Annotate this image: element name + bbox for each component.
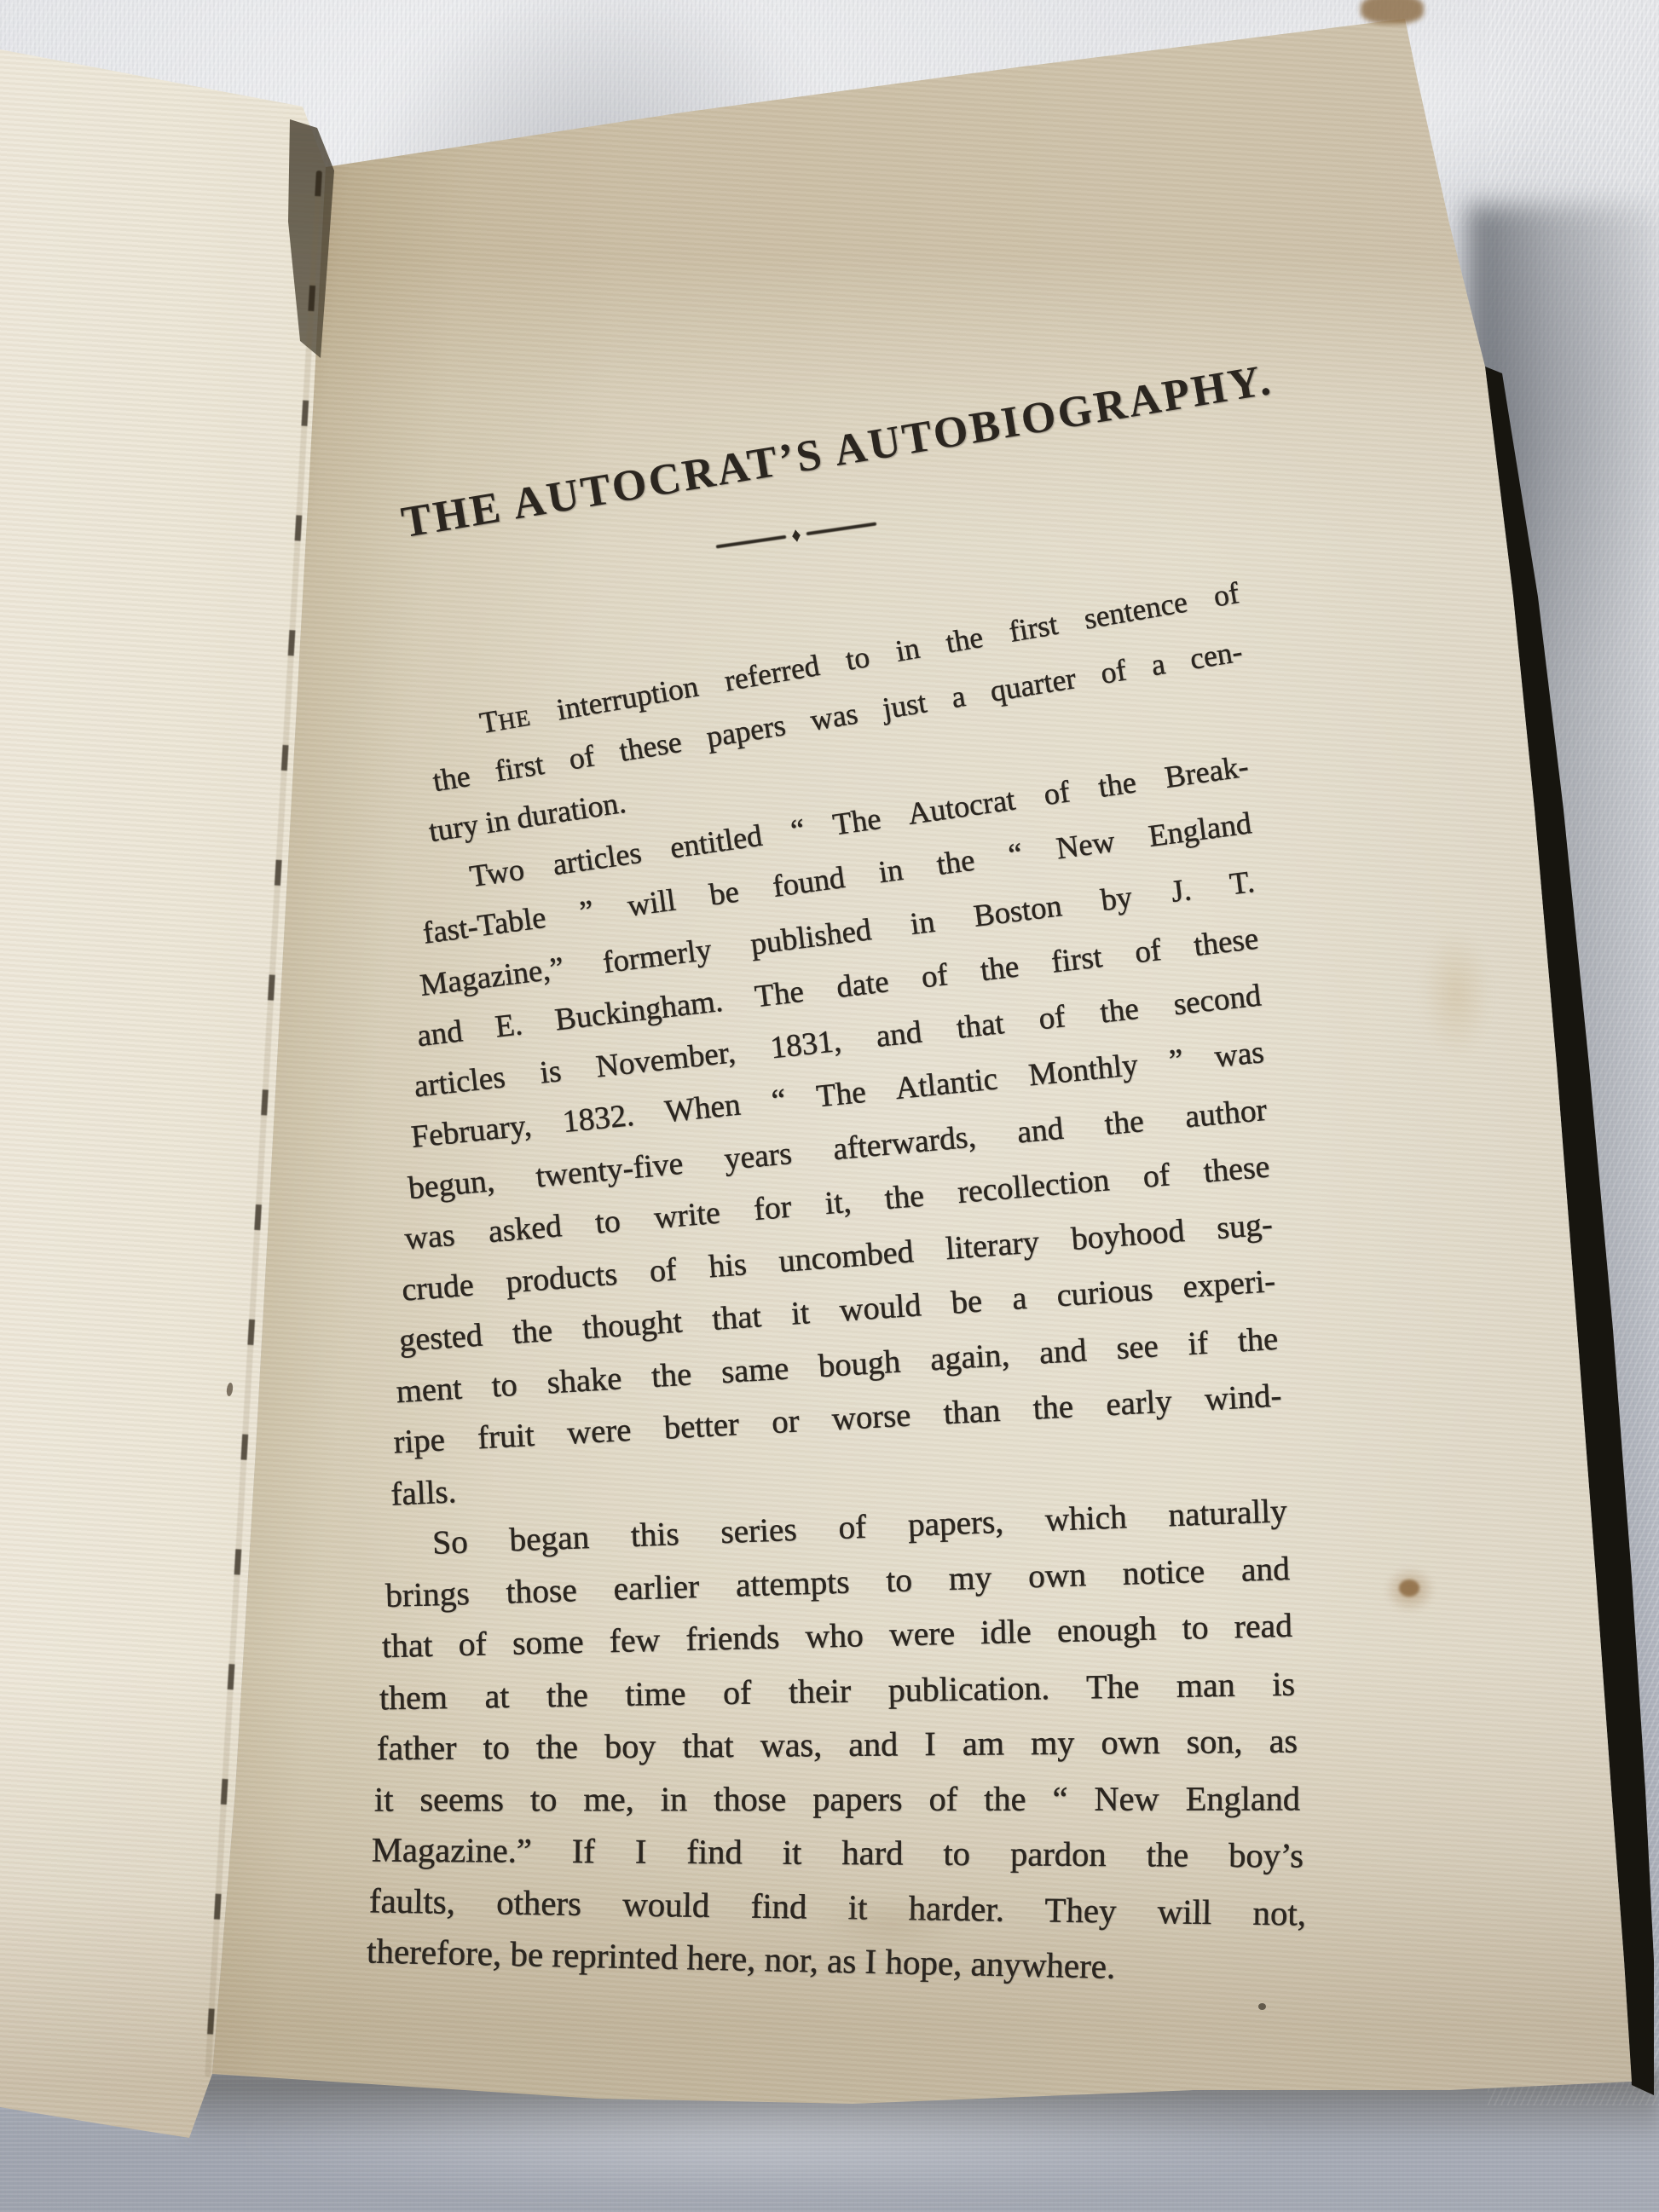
- paragraphs: THE interruption referred to in the firs…: [362, 635, 1312, 1989]
- small-caps: HE: [496, 704, 533, 735]
- divider-rule-right: [806, 522, 876, 535]
- divider-diamond-ornament: ♦: [790, 524, 803, 546]
- title-divider: ♦: [714, 511, 878, 560]
- page-corner-stain: [1361, 0, 1424, 24]
- foxing-spot: [1399, 1580, 1419, 1597]
- dark-speck: [1258, 2003, 1266, 2010]
- faint-stain-bottom: [818, 1897, 963, 1951]
- divider-rule-left: [716, 535, 787, 549]
- text-line: it seems to me, in those papers of the “…: [374, 1771, 1300, 1826]
- text-line: Magazine.” If I find it hard to pardon t…: [371, 1822, 1303, 1883]
- faint-stain-right-margin: [1422, 929, 1490, 1057]
- page-text: THE AUTOCRAT’S AUTOBIOGRAPHY. ♦ THE inte…: [362, 401, 1312, 1989]
- photo-scene: THE AUTOCRAT’S AUTOBIOGRAPHY. ♦ THE inte…: [0, 0, 1659, 2212]
- text-line: father to the boy that was, and I am my …: [377, 1714, 1298, 1776]
